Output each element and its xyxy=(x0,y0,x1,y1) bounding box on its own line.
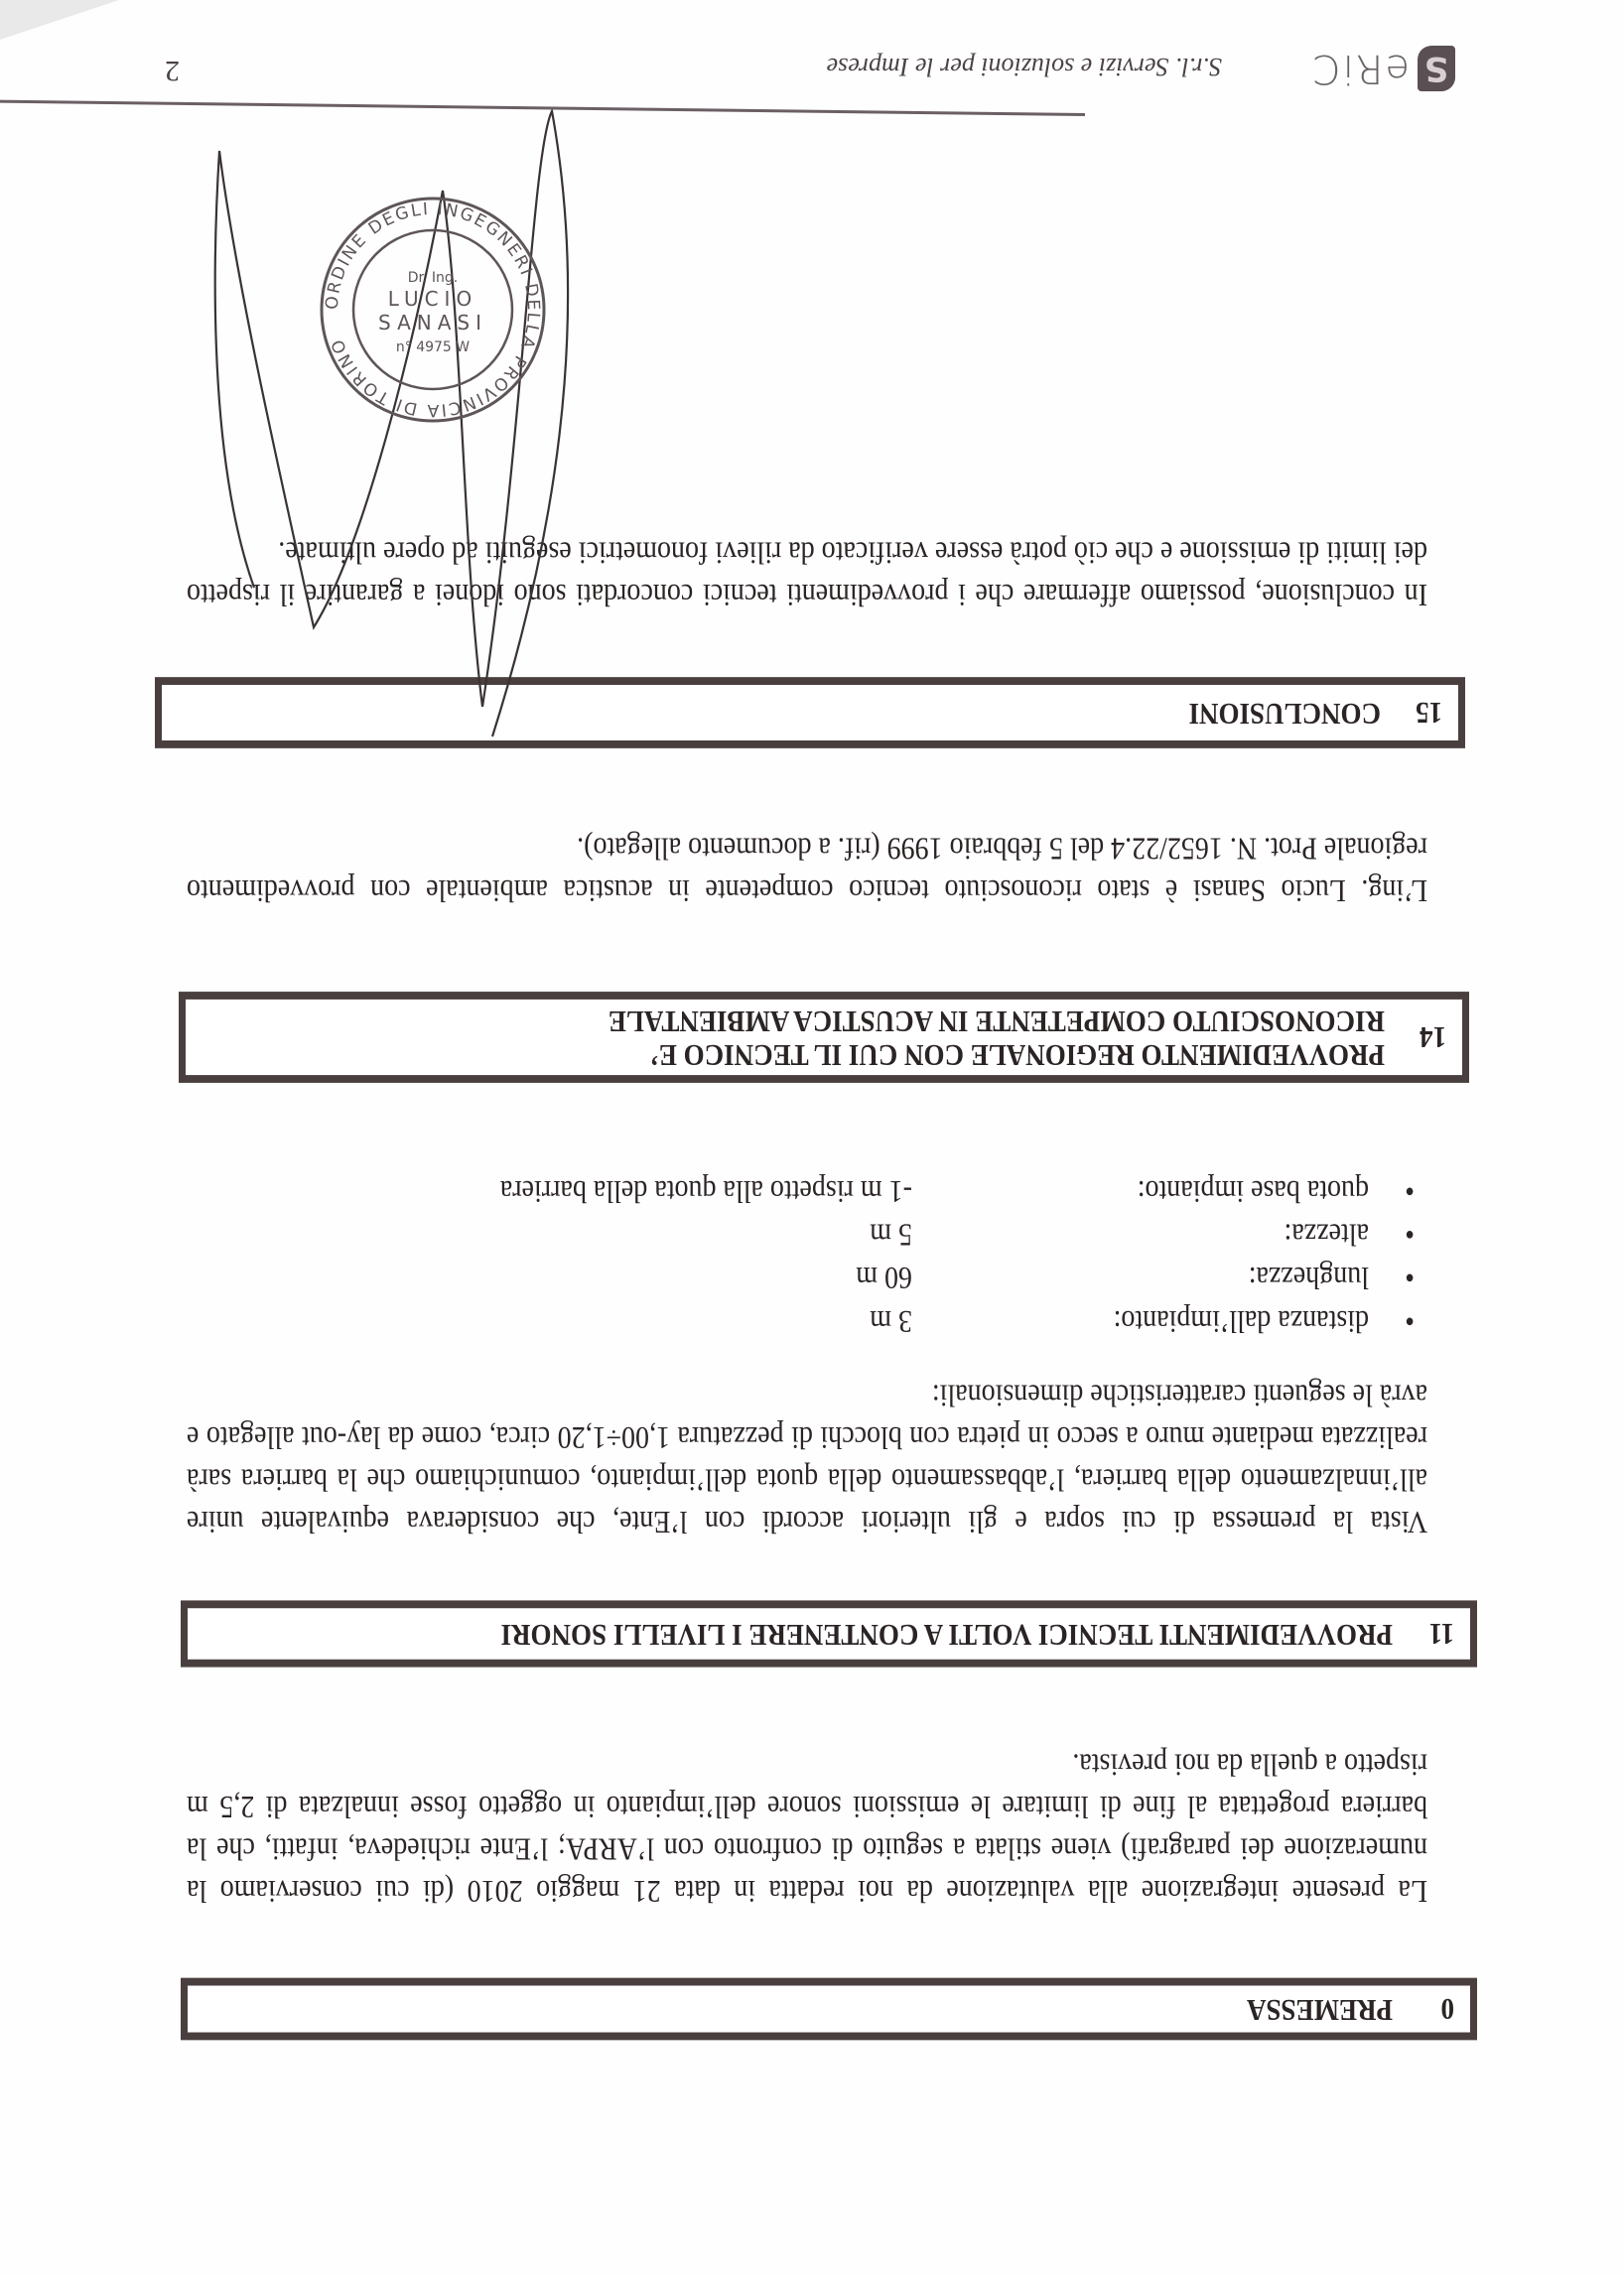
section-title: PROVVEDIMENTO REGIONALE CON CUI IL TECNI… xyxy=(186,1004,1385,1071)
section-title-line: PROVVEDIMENTO REGIONALE CON CUI IL TECNI… xyxy=(186,1037,1385,1070)
engineer-stamp: ORDINE DEGLI INGEGNERI DELLA PROVINCIA D… xyxy=(314,191,552,429)
characteristic-value: 60 m xyxy=(856,1256,912,1299)
stamp-title: Dr. Ing. xyxy=(408,270,459,286)
section-paragraph-provvedimenti-tecnici: Vista la premessa di cui sopra e gli ult… xyxy=(187,1374,1427,1542)
logo-mark: S xyxy=(1418,46,1455,91)
page-footer: S eRiC S.r.l. Servizi e soluzioni per le… xyxy=(0,32,1624,91)
characteristic-value: 3 m xyxy=(870,1298,912,1342)
stamp-last-name: SANASI xyxy=(378,311,487,335)
section-number: 14 xyxy=(1385,1020,1462,1055)
section-header-provvedimento-regionale: 14 PROVVEDIMENTO REGIONALE CON CUI IL TE… xyxy=(179,992,1469,1083)
section-title-line: RICONOSCIUTO COMPETENTE IN ACUSTICA AMBI… xyxy=(186,1004,1385,1037)
list-item: • distanza dall’impianto: 3 m xyxy=(500,1298,1421,1342)
bullet-icon: • xyxy=(1369,1168,1421,1212)
stamp-first-name: LUCIO xyxy=(388,287,477,311)
characteristic-value: -1 m rispetto alla quota della barriera xyxy=(500,1168,912,1212)
section-number: 0 xyxy=(1393,1992,1470,2027)
page-number: 2 xyxy=(165,54,180,87)
section-paragraph-premessa: La presente integrazione alla valutazion… xyxy=(187,1743,1427,1912)
section-number: 15 xyxy=(1381,696,1458,731)
characteristic-value: 5 m xyxy=(870,1212,912,1256)
section-number: 11 xyxy=(1393,1617,1470,1652)
company-logo: S eRiC xyxy=(1311,46,1455,91)
section-title: PROVVEDIMENTI TECNICI VOLTI A CONTENERE … xyxy=(188,1617,1393,1650)
bullet-icon: • xyxy=(1369,1256,1421,1299)
logo-text: eRiC xyxy=(1311,46,1410,91)
section-title: PREMESSA xyxy=(188,1992,1393,2025)
characteristic-label: lunghezza: xyxy=(912,1256,1369,1299)
bullet-icon: • xyxy=(1369,1298,1421,1342)
characteristic-label: altezza: xyxy=(912,1212,1369,1256)
list-item: • altezza: 5 m xyxy=(500,1212,1421,1256)
company-tagline: S.r.l. Servizi e soluzioni per le Impres… xyxy=(827,52,1222,81)
list-item: • quota base impianto: -1 m rispetto all… xyxy=(500,1168,1421,1212)
section-paragraph-provvedimento-regionale: L’ing. Lucio Sanasi è stato riconosciuto… xyxy=(187,827,1427,911)
characteristic-label: distanza dall’impianto: xyxy=(912,1298,1369,1342)
document-page: 0 PREMESSA La presente integrazione alla… xyxy=(0,0,1624,2275)
stamp-registration: n° 4975 W xyxy=(396,339,470,355)
section-header-premessa: 0 PREMESSA xyxy=(181,1978,1477,2041)
characteristic-label: quota base impianto: xyxy=(912,1168,1369,1212)
characteristics-list: • distanza dall’impianto: 3 m • lunghezz… xyxy=(500,1168,1421,1342)
section-header-provvedimenti-tecnici: 11 PROVVEDIMENTI TECNICI VOLTI A CONTENE… xyxy=(181,1600,1477,1667)
bullet-icon: • xyxy=(1369,1212,1421,1256)
list-item: • lunghezza: 60 m xyxy=(500,1256,1421,1299)
